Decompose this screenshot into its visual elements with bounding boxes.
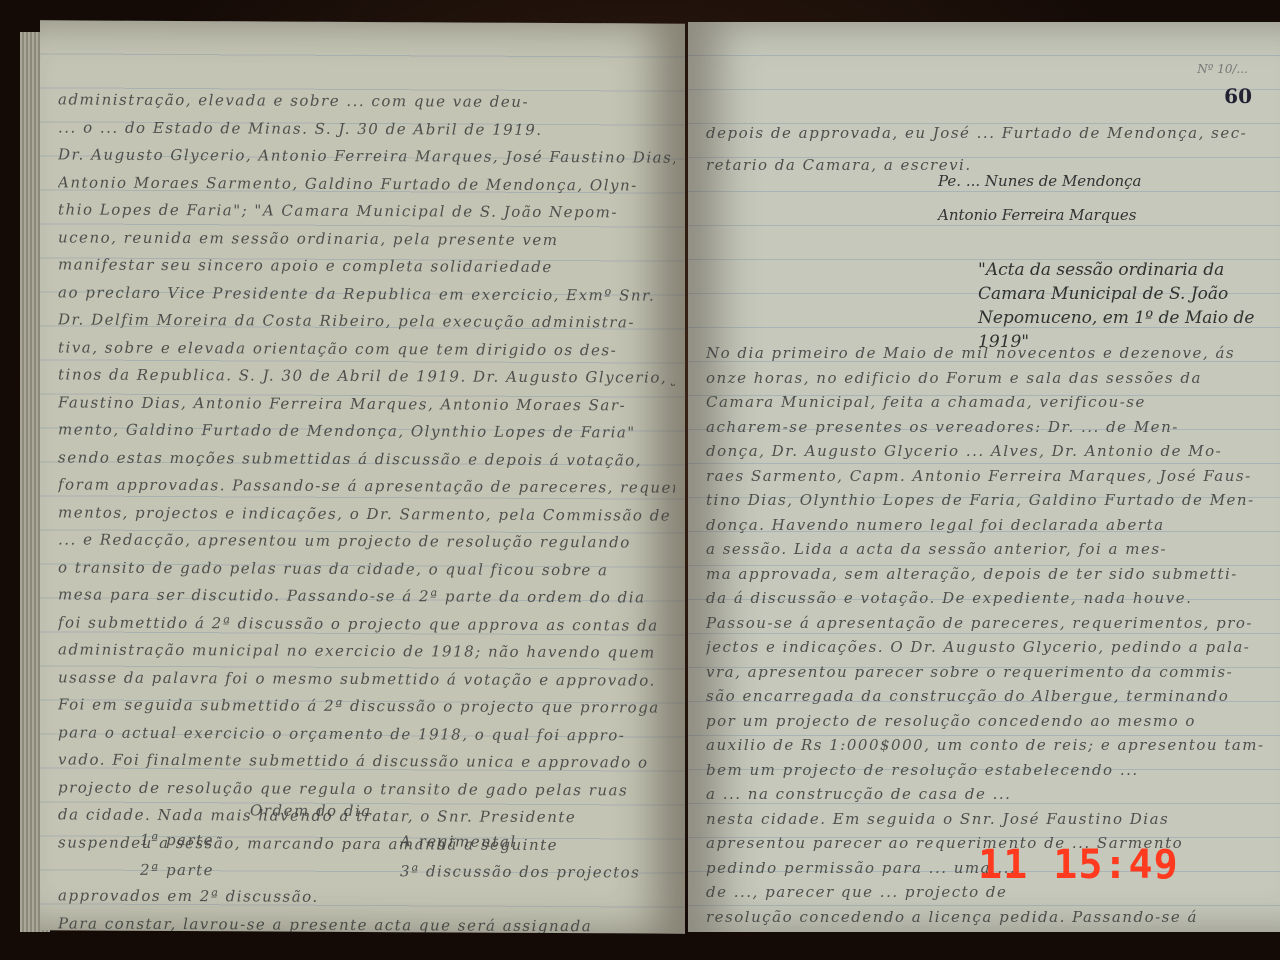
handwritten-line: usasse da palavra foi o mesmo submettido…	[58, 668, 675, 699]
handwritten-line: administração, elevada e sobre ... com q…	[58, 90, 675, 121]
handwritten-line: mesa para ser discutido. Passando-se á 2…	[58, 585, 675, 616]
agenda-part1-value: A regimental	[400, 832, 675, 861]
handwritten-line: Dr. Augusto Glycerio, Antonio Ferreira M…	[58, 145, 675, 176]
handwritten-line: para o actual exercicio o orçamento de 1…	[58, 723, 675, 754]
handwritten-line: depois de approvada, eu José ... Furtado…	[706, 124, 1278, 152]
signature: Antonio Ferreira Marques	[938, 206, 1136, 224]
handwritten-line: sendo estas moções submettidas á discuss…	[58, 448, 675, 479]
handwritten-line: ... o ... do Estado de Minas. S. J. 30 d…	[58, 118, 675, 149]
handwritten-line: ao preclaro Vice Presidente da Republica…	[58, 283, 675, 314]
handwritten-line: administração municipal no exercicio de …	[58, 640, 675, 671]
handwritten-line: manifestar seu sincero apoio e completa …	[58, 255, 675, 286]
handwritten-line: Para constar, lavrou-se a presente acta …	[58, 914, 675, 933]
handwritten-line: uceno, reunida em sessão ordinaria, pela…	[58, 228, 675, 259]
folio-stamp: Nº 10/...	[1197, 62, 1248, 76]
handwritten-line: Dr. Delfim Moreira da Costa Ribeiro, pel…	[58, 310, 675, 341]
minutes-title: "Acta da sessão ordinaria da Camara Muni…	[978, 258, 1278, 354]
handwritten-line: o transito de gado pelas ruas da cidade,…	[58, 558, 675, 589]
agenda-part2-value: 3ª discussão dos projectos	[400, 862, 675, 891]
right-page: Nº 10/... 60 "Acta da sessão ordinaria d…	[688, 22, 1280, 932]
handwritten-line: approvados em 2ª discussão.	[58, 886, 675, 917]
handwritten-line: resolução concedendo a licença pedida. P…	[706, 908, 1278, 933]
handwritten-line: retario da Camara, a escrevi.	[706, 156, 1278, 184]
title-line: Nepomuceno, em 1º de Maio de	[978, 306, 1278, 330]
camera-timestamp: 11 15:49	[978, 842, 1179, 888]
agenda-heading: Ordem do dia	[250, 801, 675, 831]
handwritten-line: ... e Redacção, apresentou um projecto d…	[58, 530, 675, 561]
handwritten-line: thio Lopes de Faria"; "A Camara Municipa…	[58, 200, 675, 231]
left-page: administração, elevada e sobre ... com q…	[40, 20, 685, 933]
open-ledger: administração, elevada e sobre ... com q…	[20, 22, 1280, 952]
handwritten-line: vado. Foi finalmente submettido á discus…	[58, 750, 675, 781]
handwritten-line: foi submettido á 2ª discussão o projecto…	[58, 613, 675, 644]
handwritten-line: mentos, projectos e indicações, o Dr. Sa…	[58, 503, 675, 534]
handwritten-line: foram approvadas. Passando-se á apresent…	[58, 475, 675, 506]
handwritten-line: tinos da Republica. S. J. 30 de Abril de…	[58, 365, 675, 396]
handwritten-line: mento, Galdino Furtado de Mendonça, Olyn…	[58, 420, 675, 451]
title-line: "Acta da sessão ordinaria da	[978, 258, 1278, 282]
title-line: Camara Municipal de S. João	[978, 282, 1278, 306]
handwritten-line: Faustino Dias, Antonio Ferreira Marques,…	[58, 393, 675, 424]
handwritten-line: Antonio Moraes Sarmento, Galdino Furtado…	[58, 173, 675, 204]
handwritten-line: Foi em seguida submettido á 2ª discussão…	[58, 695, 675, 726]
handwritten-line: tiva, sobre e elevada orientação com que…	[58, 338, 675, 369]
page-number: 60	[1224, 84, 1252, 108]
